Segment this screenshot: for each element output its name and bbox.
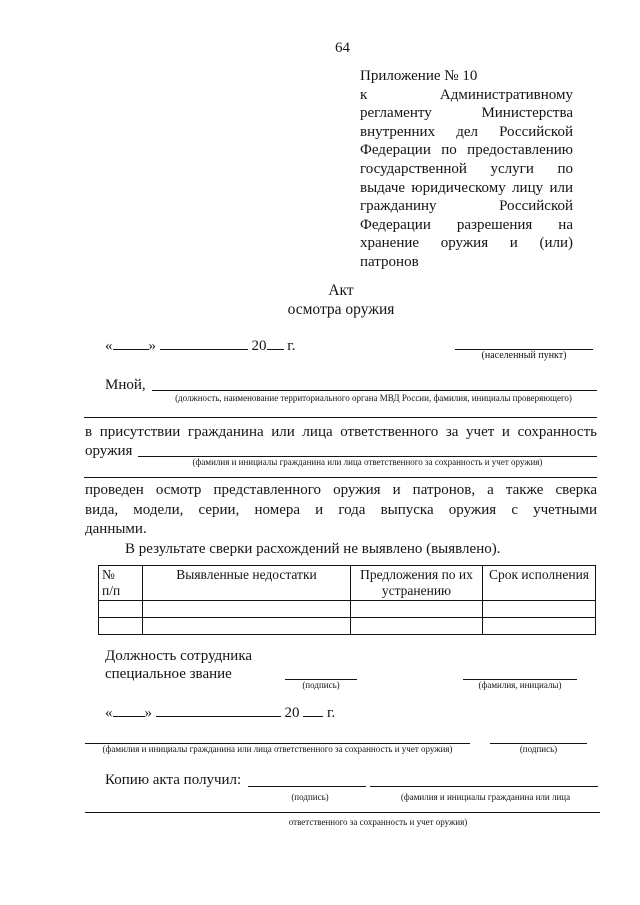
settlement-blank (455, 337, 593, 350)
month-blank (160, 336, 248, 350)
result-line: В результате сверки расхождений не выявл… (85, 540, 597, 560)
signature-caption: (подпись) (285, 680, 357, 690)
copy-name-caption-part2: ответственного за сохранность и учет ору… (158, 817, 598, 827)
signature-caption: (подпись) (250, 792, 370, 802)
table-cell (483, 601, 596, 618)
defects-table-grid: № п/п Выявленные недостатки Предложения … (98, 565, 596, 635)
document-title: Акт осмотра оружия (85, 281, 597, 319)
appendix-heading: Приложение № 10 к Административному регл… (360, 67, 573, 272)
citizen-signature-field: (подпись) (490, 731, 587, 754)
appendix-line: хранение оружия и (или) (360, 234, 573, 253)
signature-caption: (подпись) (490, 744, 587, 754)
citizen-name-blank (85, 731, 470, 744)
table-cell (99, 618, 143, 635)
table-cell (143, 601, 351, 618)
appendix-line: внутренних дел Российской (360, 123, 573, 142)
copy-received-row: Копию акта получил: (105, 772, 598, 789)
paragraph-line: проведен осмотр представленного оружия и… (85, 481, 597, 501)
paragraph-line: вида, модели, серии, номера и года выпус… (85, 501, 597, 521)
year-blank (303, 703, 323, 717)
officer-name-field: (фамилия, инициалы) (463, 667, 577, 690)
appendix-line: Федерации по предоставлению (360, 141, 573, 160)
presence-text: в присутствии гражданина или лица ответс… (85, 423, 597, 443)
col-header-number: № п/п (99, 566, 143, 601)
year-blank (267, 336, 284, 350)
blank-line-continuation (84, 417, 597, 418)
paragraph-line: данными. (85, 520, 597, 540)
settlement-field: (населенный пункт) (455, 337, 593, 361)
col-header-proposals: Предложения по их устранению (351, 566, 483, 601)
appendix-line: регламенту Министерства (360, 104, 573, 123)
table-cell (483, 618, 596, 635)
title-line-2: осмотра оружия (85, 300, 597, 319)
table-row (99, 601, 596, 618)
appendix-line: Федерации разрешения на (360, 216, 573, 235)
table-cell (143, 618, 351, 635)
table-cell (351, 618, 483, 635)
copy-name-caption-part1: (фамилия и инициалы гражданина или лица (373, 792, 598, 802)
quote-close: » (145, 705, 153, 721)
quote-close: » (149, 338, 157, 354)
appendix-line: патронов (360, 253, 573, 272)
appendix-line: Приложение № 10 (360, 67, 573, 86)
quote-open: « (105, 338, 113, 354)
year-suffix: г. (287, 338, 295, 354)
document-page: 64 Приложение № 10 к Административному р… (0, 0, 640, 905)
defects-table: № п/п Выявленные недостатки Предложения … (98, 565, 596, 635)
appendix-line: к Административному (360, 86, 573, 105)
day-blank (113, 336, 149, 350)
appendix-line: выдаче юридическому лицу или (360, 179, 573, 198)
month-blank (156, 703, 281, 717)
by-me-label: Мной, (105, 377, 146, 394)
date-line-top: «» 20 г. (105, 336, 295, 355)
day-blank (113, 703, 145, 717)
page-number: 64 (85, 40, 600, 57)
copy-signature-blank (248, 772, 366, 787)
position-line-1: Должность сотрудника (105, 647, 252, 665)
year-suffix: г. (327, 705, 335, 721)
inspector-blank (152, 377, 597, 391)
appendix-line: государственной услуги по (360, 160, 573, 179)
signature-blank (285, 667, 357, 680)
inspector-caption: (должность, наименование территориальног… (150, 393, 597, 403)
name-blank (463, 667, 577, 680)
blank-line-continuation (84, 477, 597, 478)
table-cell (99, 601, 143, 618)
citizen-caption: (фамилия и инициалы гражданина или лица … (85, 744, 470, 754)
owner-blank (138, 443, 597, 457)
year-prefix: 20 (285, 705, 300, 721)
col-header-deadline: Срок исполнения (483, 566, 596, 601)
blank-line-continuation (85, 812, 600, 813)
table-row (99, 618, 596, 635)
year-prefix: 20 (252, 338, 267, 354)
officer-position-label: Должность сотрудника специальное звание (105, 647, 252, 683)
officer-signature-field: (подпись) (285, 667, 357, 690)
name-initials-caption: (фамилия, инициалы) (463, 680, 577, 690)
inspector-field: Мной, (105, 377, 597, 394)
title-line-1: Акт (85, 281, 597, 300)
inspection-paragraph: проведен осмотр представленного оружия и… (85, 481, 597, 559)
citizen-signature-blank (490, 731, 587, 744)
copy-name-blank (370, 772, 598, 787)
date-line-bottom: «» 20 г. (105, 703, 335, 722)
citizen-name-field: (фамилия и инициалы гражданина или лица … (85, 731, 470, 754)
settlement-caption: (населенный пункт) (455, 350, 593, 361)
appendix-line: гражданину Российской (360, 197, 573, 216)
weapon-word: оружия (85, 443, 132, 460)
table-cell (351, 601, 483, 618)
table-header-row: № п/п Выявленные недостатки Предложения … (99, 566, 596, 601)
owner-caption: (фамилия и инициалы гражданина или лица … (140, 457, 595, 467)
col-header-defects: Выявленные недостатки (143, 566, 351, 601)
position-line-2: специальное звание (105, 665, 252, 683)
copy-received-label: Копию акта получил: (105, 772, 241, 789)
quote-open: « (105, 705, 113, 721)
